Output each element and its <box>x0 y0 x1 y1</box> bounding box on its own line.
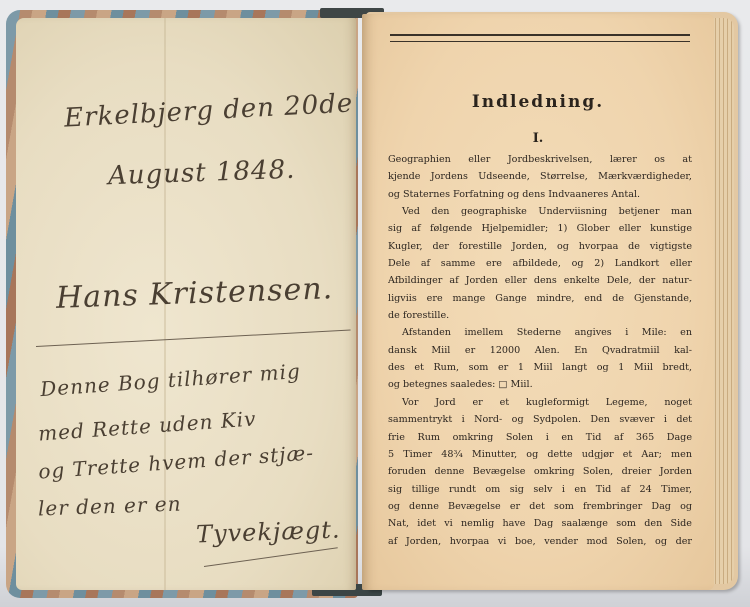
text-line: og denne Bevægelse er det som frembringe… <box>388 498 692 515</box>
text-line: des et Rum, som er 1 Miil langt og 1 Mii… <box>388 359 692 376</box>
handwritten-signature: Hans Kristensen. <box>55 271 333 316</box>
text-line: sig af følgende Hjelpemidler; 1) Glober … <box>388 220 692 237</box>
text-line: Ved den geographiske Underviisning betje… <box>388 203 692 220</box>
text-line: sig tillige rundt om sig selv i en Tid a… <box>388 481 692 498</box>
header-double-rule <box>390 34 690 42</box>
inscription-line-3: og Trette hvem der stjæ- <box>37 440 314 483</box>
text-line: dansk Miil er 12000 Alen. En Qvadratmiil… <box>388 342 692 359</box>
text-line: og Staternes Forfatning og dens Indvaane… <box>388 186 692 203</box>
signature-underline <box>36 330 351 347</box>
inscription-line-1: Denne Bog tilhører mig <box>39 359 301 401</box>
text-line: Geographien eller Jordbeskrivelsen, lære… <box>388 151 692 168</box>
text-line: Nat, idet vi nemlig have Dag saalænge so… <box>388 515 692 532</box>
text-line: foruden denne Bevægelse omkring Solen, d… <box>388 463 692 480</box>
handwritten-place-date: Erkelbjerg den 20de <box>63 88 354 133</box>
chapter-title: Indledning. <box>362 92 714 112</box>
text-line: og betegnes saaledes: □ Miil. <box>388 376 692 393</box>
text-line: Kugler, der forestille Jorden, og hvorpa… <box>388 238 692 255</box>
text-line: frie Rum omkring Solen i en Tid af 365 D… <box>388 429 692 446</box>
text-line: Vor Jord er et kugleformigt Legeme, noge… <box>388 394 692 411</box>
text-line: Afbildinger af Jorden eller dens enkelte… <box>388 272 692 289</box>
section-number: I. <box>362 131 714 146</box>
text-line: Afstanden imellem Stederne angives i Mil… <box>388 324 692 341</box>
text-line: 5 Timer 48¾ Minutter, og dette udgjør et… <box>388 446 692 463</box>
text-line: Dele af samme ere afbildede, og 2) Landk… <box>388 255 692 272</box>
text-line: de forestille. <box>388 307 692 324</box>
text-line: kjende Jordens Udseende, Størrelse, Mærk… <box>388 168 692 185</box>
open-book: Erkelbjerg den 20de August 1848. Hans Kr… <box>0 0 750 607</box>
inscription-underline <box>204 547 338 567</box>
inscription-line-2: med Rette uden Kiv <box>37 406 257 445</box>
inscription-line-5: Tyvekjægt. <box>196 515 341 548</box>
inscription-line-4: ler den er en <box>38 492 182 521</box>
left-endpaper: Erkelbjerg den 20de August 1848. Hans Kr… <box>16 18 356 590</box>
handwritten-month-year: August 1848. <box>108 155 296 192</box>
text-line: ligviis ere mange Gange mindre, end de G… <box>388 290 692 307</box>
right-printed-page: Indledning. I. Geographien eller Jordbes… <box>362 14 714 590</box>
text-line: af Jorden, hvorpaa vi boe, vender mod So… <box>388 533 692 550</box>
text-line: sammentrykt i Nord- og Sydpolen. Den svæ… <box>388 411 692 428</box>
body-text: Geographien eller Jordbeskrivelsen, lære… <box>388 151 692 550</box>
